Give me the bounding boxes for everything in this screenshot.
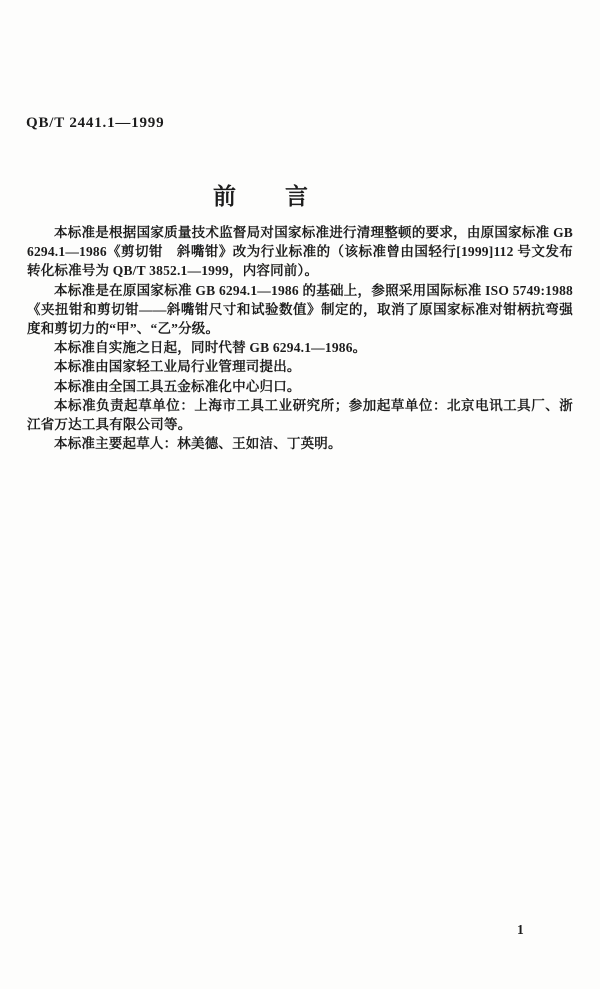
paragraph: 本标准负责起草单位：上海市工具工业研究所；参加起草单位：北京电讯工具厂、浙江省万…: [27, 396, 573, 434]
document-page: QB/T 2441.1—1999 前 言 本标准是根据国家质量技术监督局对国家标…: [0, 0, 600, 989]
paragraph: 本标准由全国工具五金标准化中心归口。: [27, 377, 573, 396]
page-title: 前 言: [0, 178, 522, 211]
foreword-body: 本标准是根据国家质量技术监督局对国家标准进行清理整顿的要求，由原国家标准 GB …: [27, 223, 573, 453]
paragraph: 本标准是在原国家标准 GB 6294.1—1986 的基础上，参照采用国际标准 …: [27, 281, 573, 339]
paragraph: 本标准由国家轻工业局行业管理司提出。: [27, 357, 573, 376]
paragraph: 本标准是根据国家质量技术监督局对国家标准进行清理整顿的要求，由原国家标准 GB …: [27, 223, 573, 281]
paragraph: 本标准主要起草人：林美德、王如洁、丁英明。: [27, 434, 573, 453]
standard-number: QB/T 2441.1—1999: [26, 115, 164, 132]
page-number: 1: [517, 922, 524, 938]
paragraph: 本标准自实施之日起，同时代替 GB 6294.1—1986。: [27, 338, 573, 357]
